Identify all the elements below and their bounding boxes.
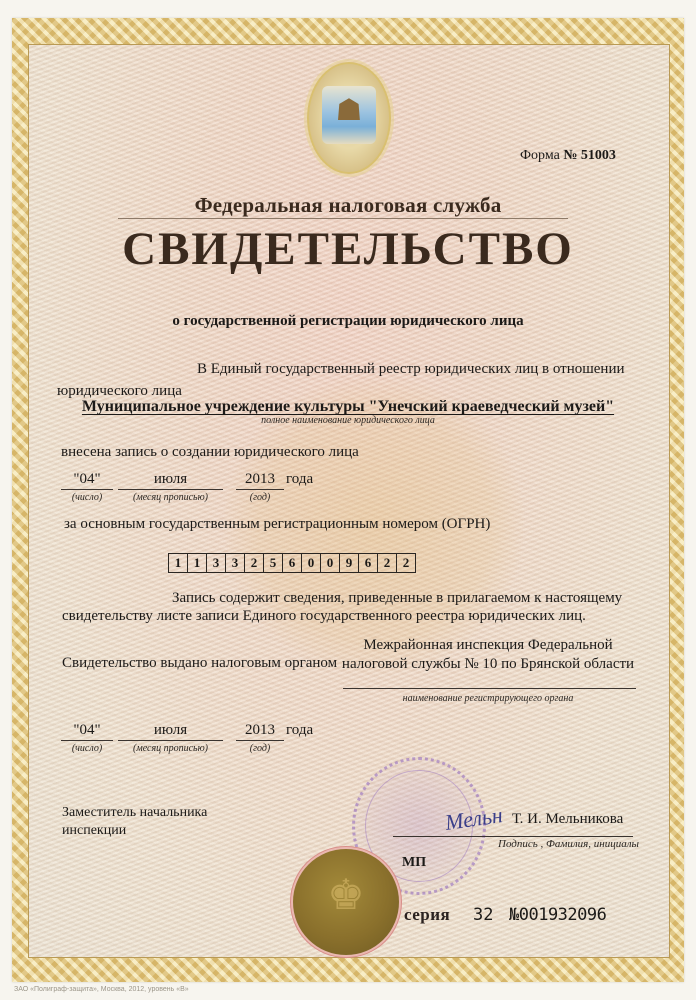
ogrn-digit: 3 [225,554,244,572]
issue-date-day-hint: (число) [61,743,113,754]
document-title: СВИДЕТЕЛЬСТВО [0,222,696,276]
issued-by-label: Свидетельство выдано налоговым органом [62,655,337,672]
issuing-authority-line [343,688,636,689]
record-date-month-hint: (месяц прописью) [118,492,223,503]
ogrn-digit: 1 [169,554,187,572]
ogrn-digit: 6 [282,554,301,572]
seal-eagle-icon: ♚ [293,875,399,917]
record-date-suffix: года [286,471,313,488]
issuing-authority-hint: наименование регистрирующего органа [340,693,636,704]
record-date-day-line [61,489,113,490]
document-subtitle: о государственной регистрации юридическо… [0,313,696,330]
printer-imprint: ЗАО «Полиграф-защита», Москва, 2012, уро… [14,986,189,993]
series-label: серия [404,905,450,925]
issuing-authority: Межрайонная инспекция Федеральной налого… [340,636,636,674]
hologram-emblem-icon: ☗ [307,62,391,174]
signer-position: Заместитель начальника инспекции [62,804,242,840]
ogrn-digit: 2 [244,554,263,572]
record-text: внесена запись о создании юридического л… [61,444,359,461]
organization-name: Муниципальное учреждение культуры "Унечс… [0,398,696,416]
ogrn-digit: 1 [187,554,206,572]
issue-date-month-hint: (месяц прописью) [118,743,223,754]
signer-name: Т. И. Мельникова [512,811,623,828]
signature-line [393,836,633,837]
info-line-2: свидетельству листе записи Единого госуд… [62,608,586,625]
series-value: 32 [473,905,493,925]
info-line-1: Запись содержит сведения, приведенные в … [172,590,622,607]
ogrn-digit: 3 [206,554,225,572]
form-number-value: № 51003 [563,148,616,163]
record-date-year-hint: (год) [236,492,284,503]
form-number: Форма № 51003 [520,148,616,164]
record-date-month-line [118,489,223,490]
ogrn-digit: 9 [339,554,358,572]
agency-name: Федеральная налоговая служба [0,193,696,218]
gold-seal-icon: ♚ [293,849,399,955]
ogrn-digit: 2 [396,554,415,572]
record-date-year: 2013 [236,471,284,488]
double-headed-eagle-icon: ☗ [322,96,376,126]
agency-divider [118,218,568,219]
intro-line-1: В Единый государственный реестр юридичес… [197,361,625,378]
issue-date-month-line [118,740,223,741]
ogrn-digit: 6 [358,554,377,572]
issue-date-year: 2013 [236,722,284,739]
ogrn-digit: 0 [320,554,339,572]
record-date-day: "04" [61,471,113,488]
ogrn-digit: 2 [377,554,396,572]
issue-date-suffix: года [286,722,313,739]
record-date-month: июля [118,471,223,488]
signature-hint: Подпись , Фамилия, инициалы [498,838,639,850]
issue-date-day: "04" [61,722,113,739]
ogrn-digit: 5 [263,554,282,572]
emblem-shield: ☗ [322,86,376,144]
issue-date-year-line [236,740,284,741]
stamp-place-label: МП [402,855,426,871]
record-date-year-line [236,489,284,490]
issue-date-year-hint: (год) [236,743,284,754]
issue-date-day-line [61,740,113,741]
organization-name-hint: полное наименование юридического лица [0,415,696,426]
record-date-day-hint: (число) [61,492,113,503]
ogrn-label: за основным государственным регистрацион… [64,516,490,533]
serial-number: №001932096 [509,905,606,925]
ogrn-digit: 0 [301,554,320,572]
ogrn-number: 1133256009622 [168,553,416,573]
issue-date-month: июля [118,722,223,739]
form-label: Форма [520,148,560,163]
